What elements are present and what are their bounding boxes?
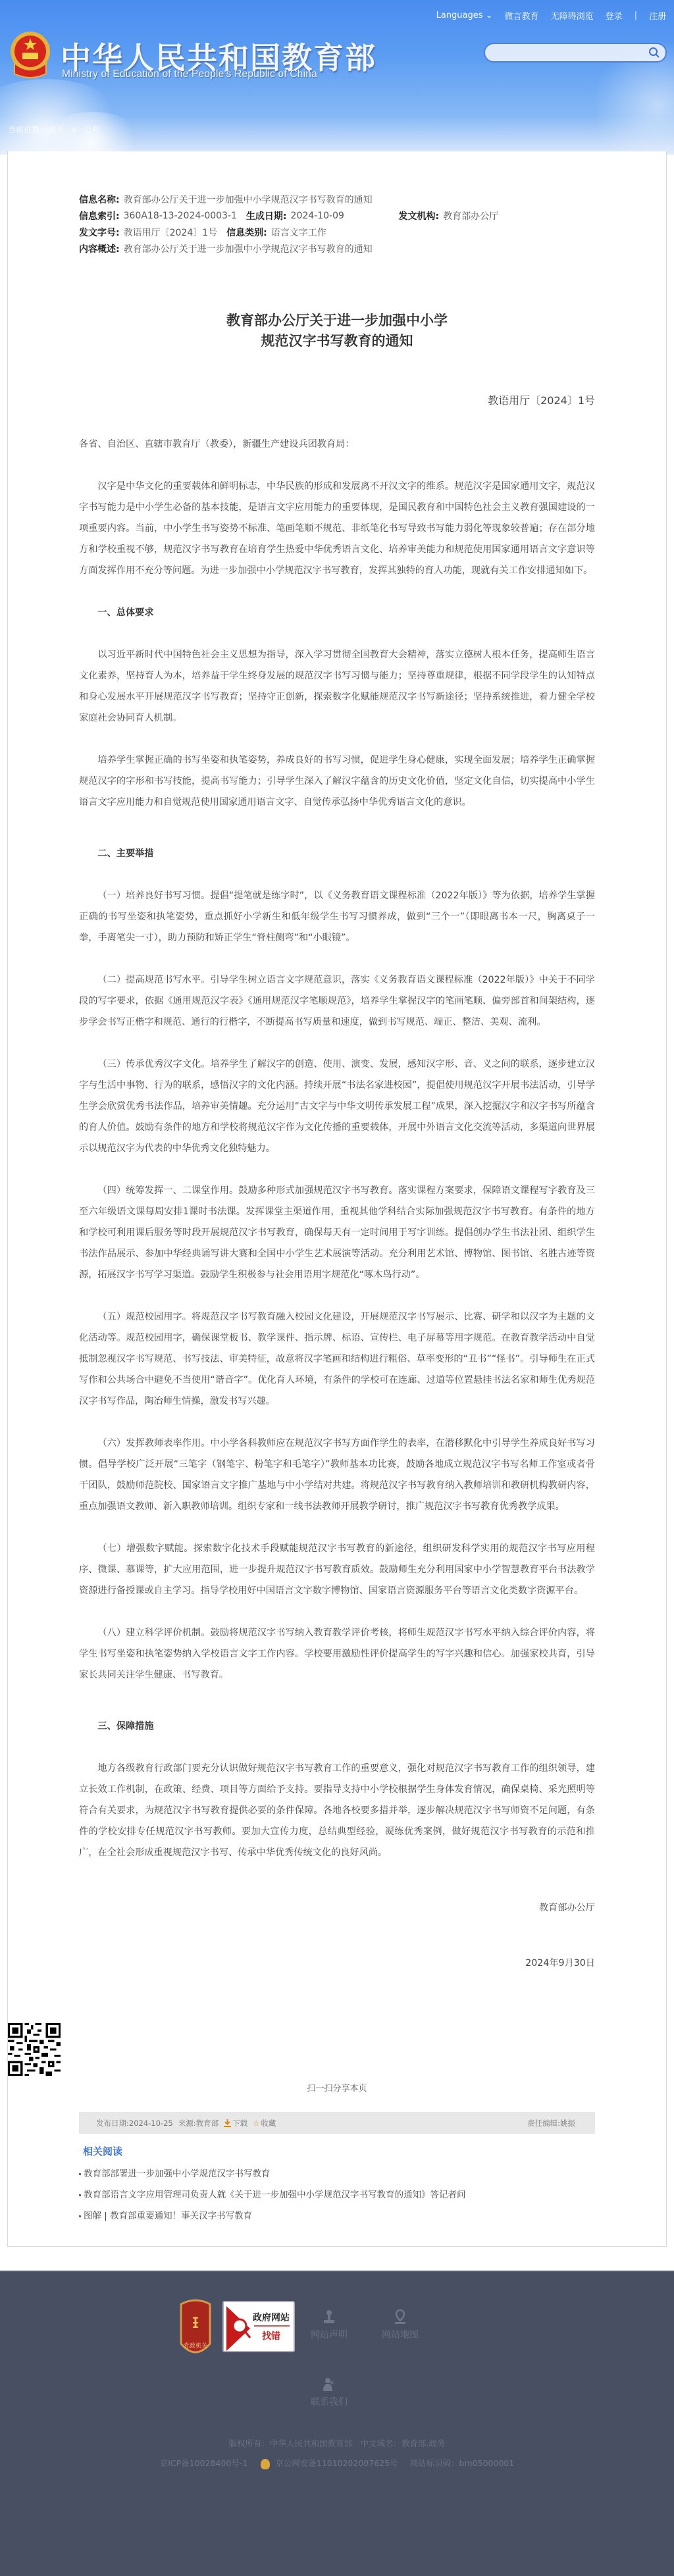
- link-weiyan[interactable]: 微言教育: [505, 9, 539, 22]
- publish-date-label: 发布日期:: [96, 2119, 129, 2128]
- summary-value: 教育部办公厅关于进一步加强中小学规范汉字书写教育的通知: [124, 242, 373, 255]
- divider: |: [635, 11, 637, 20]
- party-government-badge-icon[interactable]: ᵻ 党政机关: [178, 2298, 213, 2358]
- source-label: 来源:: [178, 2119, 196, 2128]
- related-reading: 相关阅读 教育部部署进一步加强中小学规范汉字书写教育 教育部语言文字应用管理司负…: [8, 2134, 666, 2246]
- star-icon: ☆: [253, 2119, 259, 2128]
- site-footer: ᵻ 党政机关 政府网站 找错 网站声明 网站地图 联系我们 版权所有：中华人民共…: [0, 2270, 674, 2576]
- measure-paragraph: （五）规范校园用字。将规范汉字书写教育融入校园文化建设，开展规范汉字书写展示、比…: [79, 1306, 595, 1412]
- measure-paragraph: （三）传承优秀汉字文化。培养学生了解汉字的创造、使用、演变、发展，感知汉字形、音…: [79, 1054, 595, 1159]
- paragraph: 地方各级教育行政部门要充分认识做好规范汉字书写教育工作的重要意义，强化对规范汉字…: [79, 1758, 595, 1863]
- intro-paragraph: 汉字是中华文化的重要载体和鲜明标志，中华民族的形成和发展离不开汉文字的维系。规范…: [79, 476, 595, 581]
- index-value: 360A18-13-2024-0003-1: [124, 211, 237, 221]
- footer-link-statement[interactable]: 网站声明: [311, 2309, 348, 2341]
- category-value: 语言文字工作: [271, 226, 326, 239]
- meta-row-docno: 发文字号: 教语用厅〔2024〕1号 信息类别: 语言文字工作: [79, 224, 666, 240]
- languages-dropdown[interactable]: Languages ⌄: [436, 11, 493, 20]
- title-line-2: 规范汉字书写教育的通知: [8, 331, 666, 351]
- info-name-label: 信息名称:: [79, 193, 120, 206]
- search-icon[interactable]: [648, 47, 660, 59]
- measure-paragraph: （一）培养良好书写习惯。提倡“提笔就是练字时”，以《义务教育语文课程标准（202…: [79, 885, 595, 948]
- qr-code-icon: [8, 2023, 61, 2076]
- article-infobar: 发布日期:2024-10-25 来源:教育部 下载 ☆ 收藏 责任编辑:姚振: [79, 2112, 595, 2134]
- editor: 责任编辑:姚振: [527, 2118, 575, 2128]
- svg-text:ᵻ: ᵻ: [192, 2310, 199, 2333]
- article-card: 信息名称: 教育部办公厅关于进一步加强中小学规范汉字书写教育的通知 信息索引: …: [7, 151, 667, 2247]
- police-record-link[interactable]: 京公网安备11010202007625号: [275, 2458, 398, 2468]
- section-heading-1: 一、总体要求: [79, 602, 595, 623]
- document-title: 教育部办公厅关于进一步加强中小学 规范汉字书写教育的通知: [8, 311, 666, 351]
- summary-label: 内容概述:: [79, 242, 120, 255]
- meta-row-name: 信息名称: 教育部办公厅关于进一步加强中小学规范汉字书写教育的通知: [79, 191, 666, 207]
- record-info: 京ICP备10028400号-1 京公网安备11010202007625号 网站…: [0, 2457, 674, 2469]
- stamp-icon: [323, 2309, 336, 2325]
- related-link[interactable]: 图解 | 教育部重要通知！事关汉字书写教育: [79, 2205, 595, 2227]
- measure-paragraph: （四）统筹发挥一、二课堂作用。鼓励多种形式加强规范汉字书写教育。落实课程方案要求…: [79, 1180, 595, 1285]
- related-title: 相关阅读: [83, 2144, 595, 2158]
- search-input[interactable]: [485, 44, 643, 61]
- section-heading-2: 二、主要举措: [79, 843, 595, 864]
- contact-users-icon: [322, 2377, 336, 2392]
- related-link[interactable]: 教育部部署进一步加强中小学规范汉字书写教育: [79, 2163, 595, 2184]
- document-body: 各省、自治区、直辖市教育厅（教委），新疆生产建设兵团教育局： 汉字是中华文化的重…: [8, 434, 666, 1974]
- title-line-1: 教育部办公厅关于进一步加强中小学: [8, 311, 666, 331]
- breadcrumb-home[interactable]: 首页: [49, 125, 65, 134]
- icp-link[interactable]: 京ICP备10028400号-1: [160, 2458, 248, 2468]
- svg-text:政府网站: 政府网站: [253, 2312, 290, 2323]
- document-number: 教语用厅〔2024〕1号: [8, 392, 595, 407]
- footer-link-sitemap[interactable]: 网站地图: [382, 2309, 419, 2341]
- source-value: 教育部: [196, 2119, 219, 2128]
- breadcrumb-separator: >: [71, 125, 78, 134]
- register-link[interactable]: 注册: [649, 9, 666, 22]
- gen-date-value: 2024-10-09: [291, 211, 390, 221]
- meta-row-index: 信息索引: 360A18-13-2024-0003-1 生成日期: 2024-1…: [79, 207, 666, 224]
- breadcrumb-public[interactable]: 公开: [84, 125, 100, 134]
- signed-date: 2024年9月30日: [79, 1953, 595, 1974]
- footer-link-contact[interactable]: 联系我们: [311, 2377, 348, 2408]
- measure-paragraph: （二）提高规范书写水平。引导学生树立语言文字规范意识，落实《义务教育语文课程标准…: [79, 969, 595, 1033]
- index-label: 信息索引:: [79, 209, 120, 222]
- meta-row-summary: 内容概述: 教育部办公厅关于进一步加强中小学规范汉字书写教育的通知: [79, 240, 666, 257]
- issuer-label: 发文机构:: [399, 209, 440, 222]
- top-links: Languages ⌄ 微言教育 无障碍浏览 登录 | 注册: [436, 9, 666, 22]
- police-badge-icon: [261, 2459, 270, 2469]
- section-heading-3: 三、保障措施: [79, 1716, 595, 1737]
- doc-no-label: 发文字号:: [79, 226, 120, 239]
- doc-no-value: 教语用厅〔2024〕1号: [124, 226, 218, 239]
- site-code: 网站标识码：bm05000001: [410, 2458, 515, 2468]
- copyright-text: 版权所有：中华人民共和国教育部 中文域名：教育部.政务: [0, 2437, 674, 2449]
- related-list: 教育部部署进一步加强中小学规范汉字书写教育 教育部语言文字应用管理司负责人就《关…: [79, 2163, 595, 2227]
- gov-website-error-report-badge[interactable]: 政府网站 找错: [222, 2301, 295, 2352]
- download-label: 下载: [232, 2118, 247, 2128]
- favorite-button[interactable]: ☆ 收藏: [253, 2118, 276, 2128]
- measure-paragraph: （七）增强数字赋能。探索数字化技术手段赋能规范汉字书写教育的新途径，组织研发科学…: [79, 1538, 595, 1601]
- related-link[interactable]: 教育部语言文字应用管理司负责人就《关于进一步加强中小学规范汉字书写教育的通知》答…: [79, 2184, 595, 2205]
- contact-label: 联系我们: [311, 2397, 348, 2408]
- download-button[interactable]: 下载: [224, 2118, 247, 2128]
- link-accessibility[interactable]: 无障碍浏览: [551, 9, 594, 22]
- svg-text:党政机关: 党政机关: [184, 2342, 207, 2350]
- breadcrumb: 当前位置: 首页 > 公开: [8, 124, 104, 135]
- gen-date-label: 生成日期:: [246, 209, 287, 222]
- gov-error-badge-icon: 政府网站 找错: [224, 2302, 294, 2351]
- paragraph: 以习近平新时代中国特色社会主义思想为指导，深入学习贯彻全国教育大会精神，落实立德…: [79, 644, 595, 729]
- map-pin-icon: [394, 2309, 407, 2325]
- signature: 教育部办公厅: [79, 1897, 595, 1919]
- svg-text:找错: 找错: [262, 2331, 280, 2342]
- category-label: 信息类别:: [226, 226, 267, 239]
- chevron-down-icon: ⌄: [486, 11, 493, 20]
- publish-date-value: 2024-10-25: [129, 2119, 173, 2128]
- issuer-value: 教育部办公厅: [443, 209, 498, 222]
- login-link[interactable]: 登录: [606, 9, 623, 22]
- site-header: Languages ⌄ 微言教育 无障碍浏览 登录 | 注册 中华人民共和国教育…: [0, 0, 674, 155]
- national-emblem-icon: [9, 30, 51, 80]
- sitemap-label: 网站地图: [382, 2330, 419, 2340]
- measure-paragraph: （六）发挥教师表率作用。中小学各科教师应在规范汉字书写方面作学生的表率，在潜移默…: [79, 1433, 595, 1517]
- salutation: 各省、自治区、直辖市教育厅（教委），新疆生产建设兵团教育局：: [79, 434, 595, 455]
- source: 来源:教育部: [178, 2118, 219, 2128]
- statement-label: 网站声明: [311, 2330, 348, 2340]
- favorite-label: 收藏: [261, 2118, 276, 2128]
- download-icon: [224, 2119, 231, 2127]
- editor-value: 姚振: [560, 2119, 575, 2128]
- qr-caption: 扫一扫分享本页: [8, 2081, 666, 2094]
- search-box: [484, 43, 667, 63]
- site-subtitle: Ministry of Education of the People's Re…: [62, 68, 317, 80]
- breadcrumb-prefix: 当前位置:: [8, 125, 42, 134]
- publish-date: 发布日期:2024-10-25: [96, 2118, 173, 2128]
- editor-label: 责任编辑:: [527, 2119, 560, 2128]
- info-metadata: 信息名称: 教育部办公厅关于进一步加强中小学规范汉字书写教育的通知 信息索引: …: [8, 151, 666, 257]
- info-name-value: 教育部办公厅关于进一步加强中小学规范汉字书写教育的通知: [124, 193, 373, 206]
- paragraph: 培养学生掌握正确的书写坐姿和执笔姿势，养成良好的书写习惯，促进学生身心健康，实现…: [79, 750, 595, 813]
- measure-paragraph: （八）建立科学评价机制。鼓励将规范汉字书写纳入教育教学评价考核，将师生规范汉字书…: [79, 1622, 595, 1686]
